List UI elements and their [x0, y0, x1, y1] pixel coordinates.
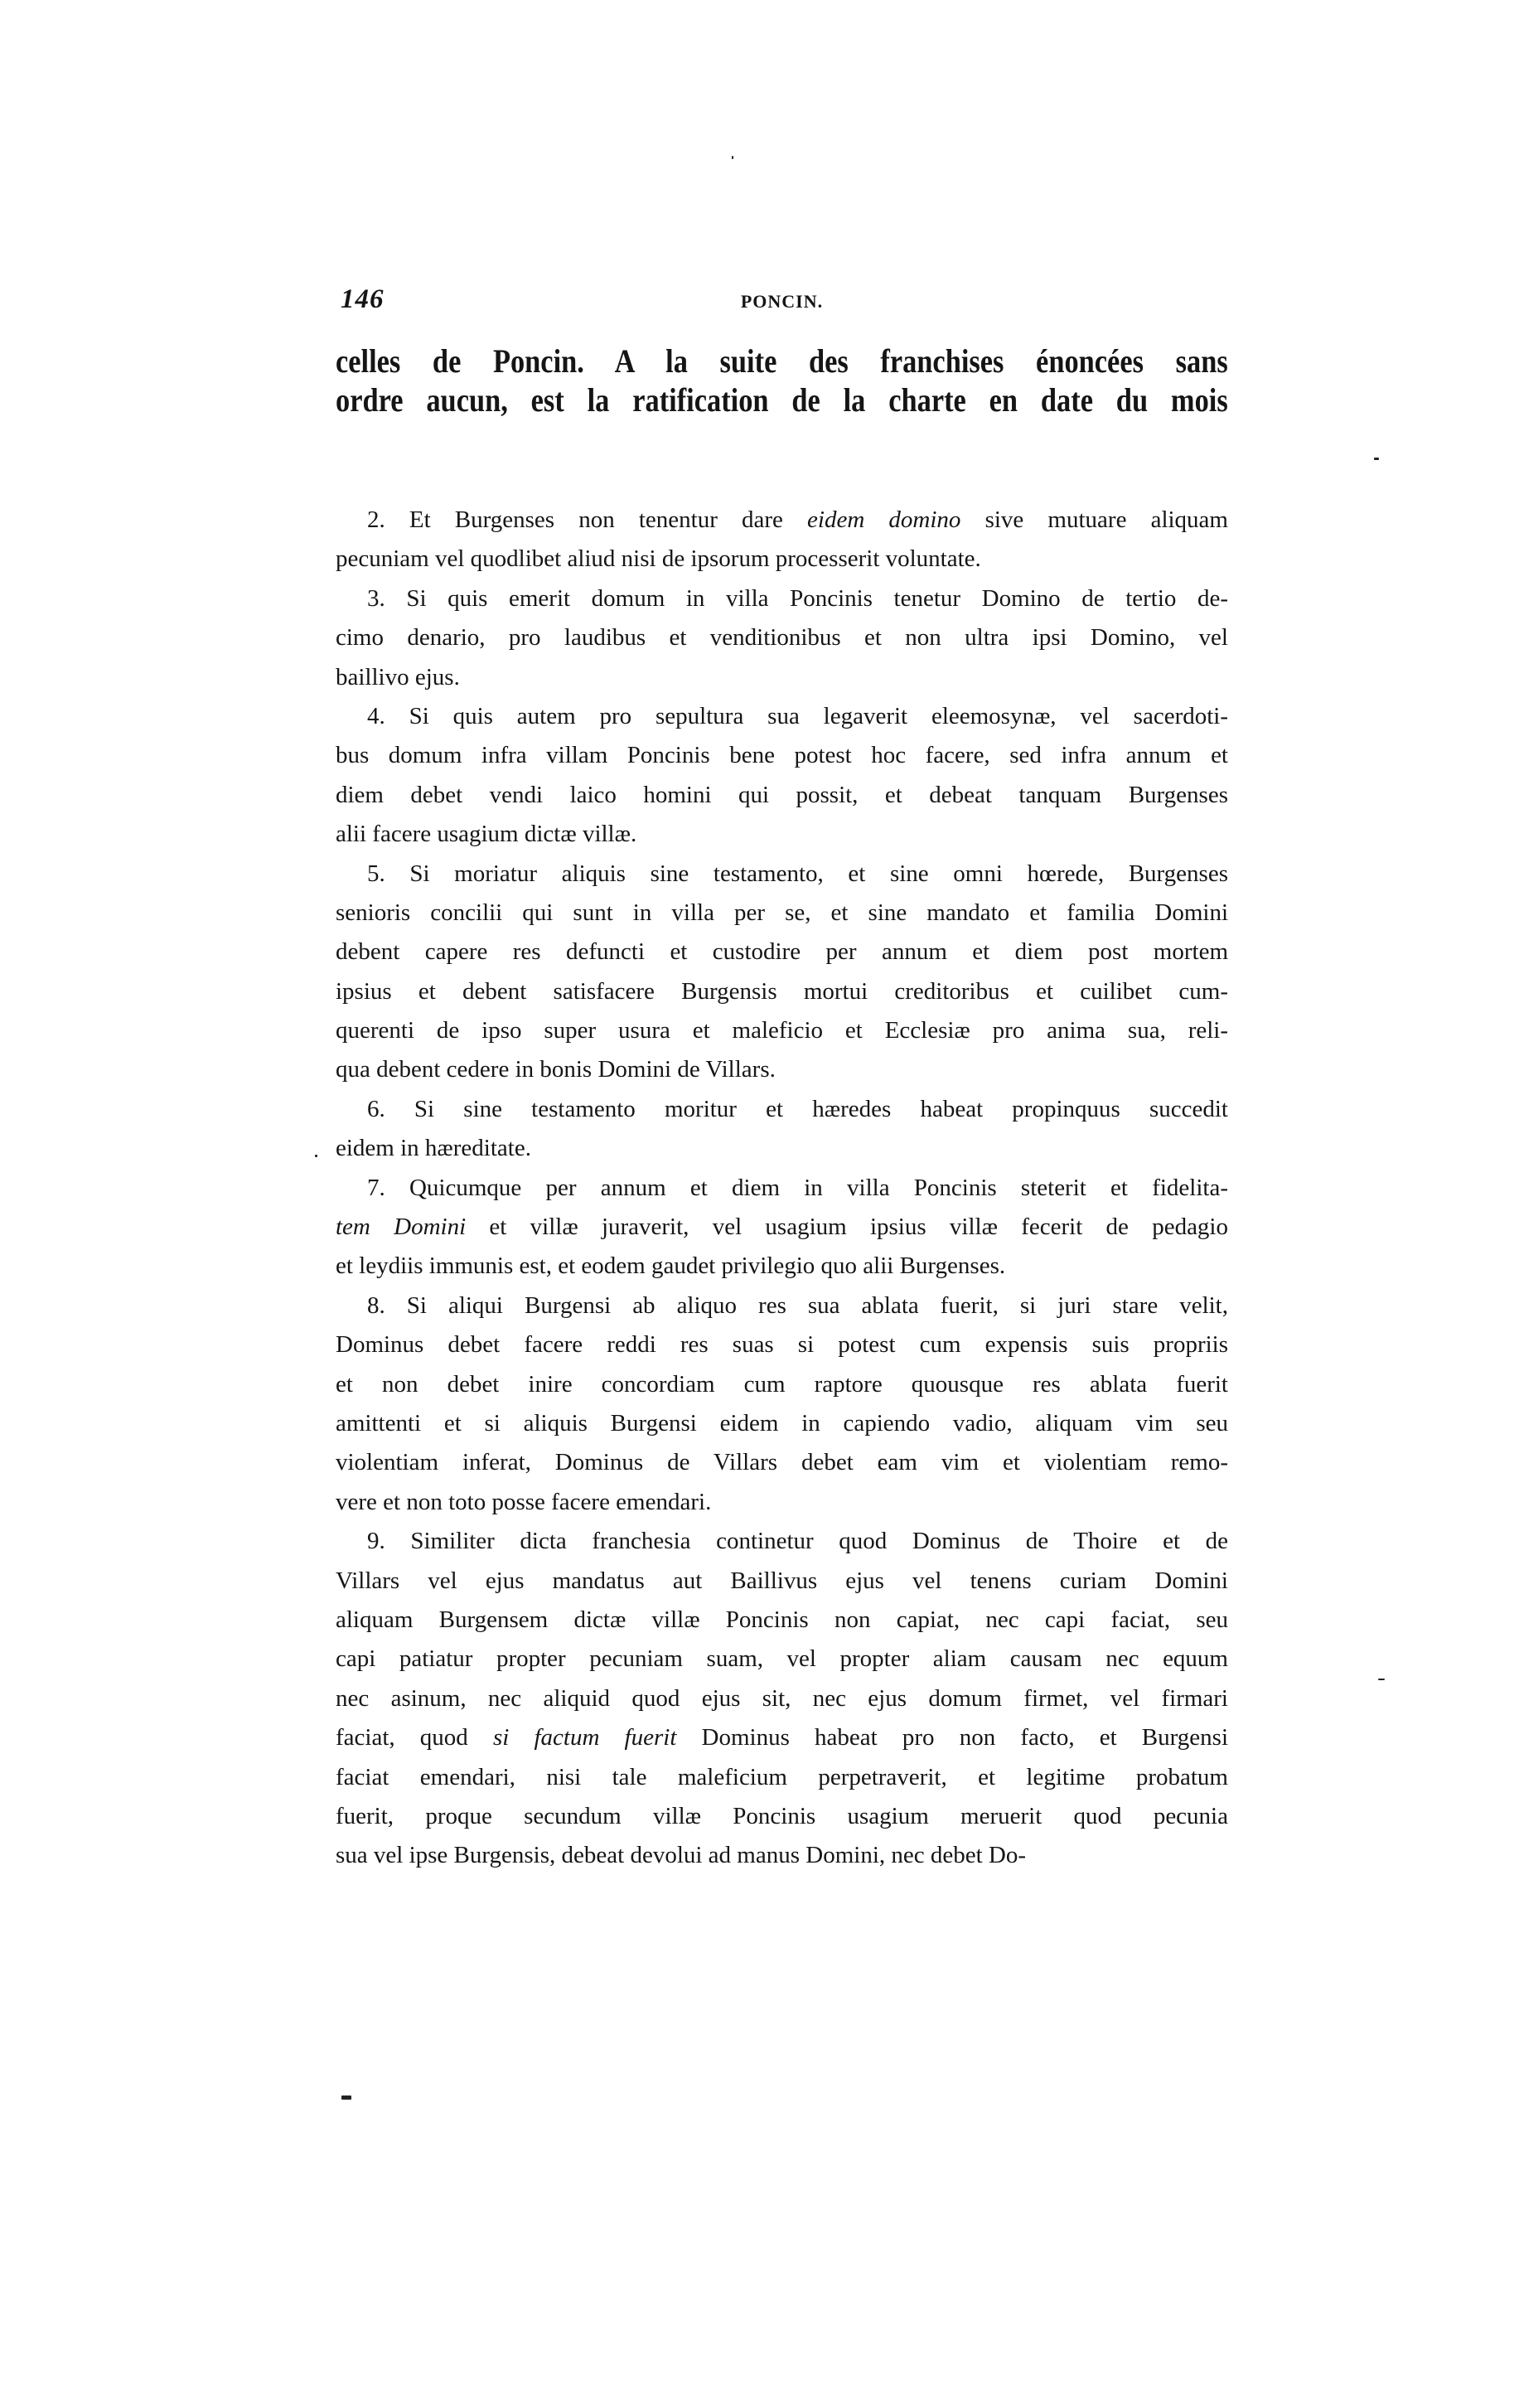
- text-run: faciat emendari, nisi tale maleficium pe…: [336, 1764, 1228, 1790]
- article-line: ipsius et debent satisfacere Burgensis m…: [336, 972, 1228, 1011]
- article-first-line: 6. Si sine testamento moritur et hæredes…: [336, 1090, 1228, 1129]
- intro-paragraph: celles de Poncin. A la suite des franchi…: [336, 338, 1228, 417]
- scan-speck: [315, 1155, 317, 1157]
- italic-text-run: eidem domino: [807, 506, 960, 533]
- running-title: PONCIN.: [336, 291, 1228, 313]
- article-line: debent capere res defuncti et custodire …: [336, 933, 1228, 971]
- text-run: bus domum infra villam Poncinis bene pot…: [336, 742, 1228, 768]
- scanned-page: 146 PONCIN. celles de Poncin. A la suite…: [0, 0, 1519, 2408]
- scan-speck: [732, 156, 733, 159]
- italic-text-run: si factum fuerit: [493, 1724, 676, 1751]
- text-run: et non debet inire concordiam cum raptor…: [336, 1371, 1228, 1398]
- intro-line: celles de Poncin. A la suite des franchi…: [336, 338, 1228, 377]
- article-line: vere et non toto posse facere emendari.: [336, 1483, 1228, 1522]
- text-run: 3. Si quis emerit domum in villa Poncini…: [367, 585, 1228, 612]
- text-run: eidem in hæreditate.: [336, 1135, 531, 1161]
- article-line: pecuniam vel quodlibet aliud nisi de ips…: [336, 540, 1228, 579]
- text-run: cimo denario, pro laudibus et venditioni…: [336, 624, 1228, 651]
- intro-line: ordre aucun, est la ratification de la c…: [336, 377, 1228, 416]
- text-run: 4. Si quis autem pro sepultura sua legav…: [367, 703, 1228, 729]
- article-line: Dominus debet facere reddi res suas si p…: [336, 1325, 1228, 1364]
- article-first-line: 2. Et Burgenses non tenentur dare eidem …: [336, 501, 1228, 540]
- text-run: amittenti et si aliquis Burgensi eidem i…: [336, 1410, 1228, 1437]
- text-run: debent capere res defuncti et custodire …: [336, 938, 1228, 965]
- article-first-line: 8. Si aliqui Burgensi ab aliquo res sua …: [336, 1286, 1228, 1325]
- article-first-line: 7. Quicumque per annum et diem in villa …: [336, 1169, 1228, 1208]
- article-first-line: 3. Si quis emerit domum in villa Poncini…: [336, 579, 1228, 618]
- article-line: sua vel ipse Burgensis, debeat devolui a…: [336, 1836, 1228, 1875]
- article-line: faciat, quod si factum fuerit Dominus ha…: [336, 1718, 1228, 1757]
- article-line: qua debent cedere in bonis Domini de Vil…: [336, 1050, 1228, 1089]
- text-run: 7. Quicumque per annum et diem in villa …: [367, 1175, 1228, 1201]
- text-run: 9. Similiter dicta franchesia continetur…: [367, 1528, 1228, 1554]
- italic-text-run: tem Domini: [336, 1214, 466, 1240]
- article-first-line: 4. Si quis autem pro sepultura sua legav…: [336, 697, 1228, 736]
- text-run: qua debent cedere in bonis Domini de Vil…: [336, 1056, 776, 1083]
- article-line: cimo denario, pro laudibus et venditioni…: [336, 618, 1228, 657]
- text-run: faciat, quod: [336, 1724, 493, 1751]
- text-run: Dominus habeat pro non facto, et Burgens…: [676, 1724, 1228, 1751]
- article-line: capi patiatur propter pecuniam suam, vel…: [336, 1640, 1228, 1679]
- article-line: senioris concilii qui sunt in villa per …: [336, 894, 1228, 933]
- text-run: vere et non toto posse facere emendari.: [336, 1489, 711, 1515]
- article-line: violentiam inferat, Dominus de Villars d…: [336, 1443, 1228, 1482]
- text-run: nec asinum, nec aliquid quod ejus sit, n…: [336, 1685, 1228, 1712]
- text-run: et villæ juraverit, vel usagium ipsius v…: [466, 1214, 1228, 1240]
- text-run: capi patiatur propter pecuniam suam, vel…: [336, 1645, 1228, 1672]
- article-line: et non debet inire concordiam cum raptor…: [336, 1365, 1228, 1404]
- article-line: faciat emendari, nisi tale maleficium pe…: [336, 1758, 1228, 1797]
- article-line: fuerit, proque secundum villæ Poncinis u…: [336, 1797, 1228, 1836]
- text-run: et leydiis immunis est, et eodem gaudet …: [336, 1252, 1005, 1279]
- text-run: Villars vel ejus mandatus aut Baillivus …: [336, 1567, 1228, 1594]
- text-run: pecuniam vel quodlibet aliud nisi de ips…: [336, 545, 981, 572]
- text-run: 6. Si sine testamento moritur et hæredes…: [367, 1096, 1228, 1122]
- article-first-line: 5. Si moriatur aliquis sine testamento, …: [336, 855, 1228, 894]
- text-run: alii facere usagium dictæ villæ.: [336, 821, 636, 847]
- article-first-line: 9. Similiter dicta franchesia continetur…: [336, 1522, 1228, 1561]
- text-run: Dominus debet facere reddi res suas si p…: [336, 1331, 1228, 1358]
- article-line: et leydiis immunis est, et eodem gaudet …: [336, 1247, 1228, 1286]
- text-run: 5. Si moriatur aliquis sine testamento, …: [367, 860, 1228, 887]
- scan-speck: [341, 2095, 351, 2100]
- text-run: sive mutuare aliquam: [960, 506, 1228, 533]
- text-run: sua vel ipse Burgensis, debeat devolui a…: [336, 1842, 1026, 1868]
- article-line: alii facere usagium dictæ villæ.: [336, 815, 1228, 854]
- running-head: 146 PONCIN.: [336, 284, 1228, 317]
- article-line: aliquam Burgensem dictæ villæ Poncinis n…: [336, 1601, 1228, 1640]
- text-run: aliquam Burgensem dictæ villæ Poncinis n…: [336, 1606, 1228, 1633]
- text-run: baillivo ejus.: [336, 664, 460, 690]
- text-run: violentiam inferat, Dominus de Villars d…: [336, 1449, 1228, 1475]
- text-run: diem debet vendi laico homini qui possit…: [336, 782, 1228, 808]
- scan-speck: [1378, 1679, 1385, 1680]
- text-run: 8. Si aliqui Burgensi ab aliquo res sua …: [367, 1292, 1228, 1319]
- article-line: querenti de ipso super usura et malefici…: [336, 1011, 1228, 1050]
- article-line: eidem in hæreditate.: [336, 1129, 1228, 1168]
- text-run: fuerit, proque secundum villæ Poncinis u…: [336, 1803, 1228, 1829]
- text-run: querenti de ipso super usura et malefici…: [336, 1017, 1228, 1044]
- article-line: bus domum infra villam Poncinis bene pot…: [336, 736, 1228, 775]
- article-line: baillivo ejus.: [336, 658, 1228, 697]
- scan-speck: [1374, 458, 1379, 460]
- article-line: Villars vel ejus mandatus aut Baillivus …: [336, 1562, 1228, 1601]
- article-line: amittenti et si aliquis Burgensi eidem i…: [336, 1404, 1228, 1443]
- article-line: nec asinum, nec aliquid quod ejus sit, n…: [336, 1679, 1228, 1718]
- text-run: ipsius et debent satisfacere Burgensis m…: [336, 978, 1228, 1005]
- article-line: tem Domini et villæ juraverit, vel usagi…: [336, 1208, 1228, 1247]
- text-run: 2. Et Burgenses non tenentur dare: [367, 506, 807, 533]
- charter-articles: 2. Et Burgenses non tenentur dare eidem …: [336, 501, 1228, 1876]
- article-line: diem debet vendi laico homini qui possit…: [336, 776, 1228, 815]
- text-run: senioris concilii qui sunt in villa per …: [336, 899, 1228, 926]
